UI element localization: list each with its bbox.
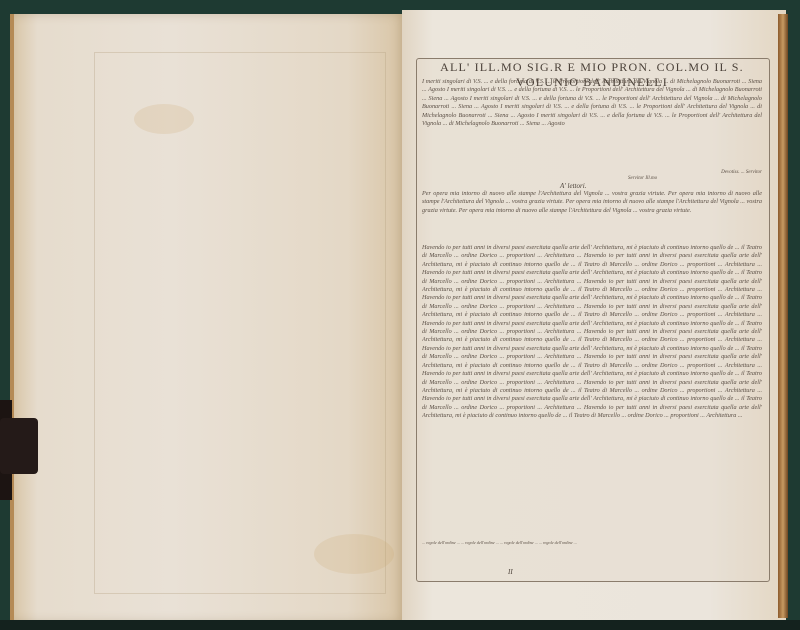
left-page-blank [10,14,406,622]
stain [134,104,194,134]
footnote-text: ... regole dell'ordine ... ... regole de… [422,540,762,570]
salutation: A' lettori. [560,182,586,190]
signature-right: Devotiss. ... Servitor [692,170,762,175]
folio-number: II [508,568,513,576]
table-surface [0,620,800,630]
page-edges [778,14,788,618]
plate-impression [94,52,386,594]
dedication-text: I meriti singolari di V.S. ... e della f… [422,78,762,174]
signature-small: Servitor Ill.mo [628,176,657,181]
book-clasp [0,418,38,474]
stain [314,534,394,574]
reader-address-text: Per opera mia intorno di nuovo alle stam… [422,190,762,236]
main-text: Havendo io per tutti anni in diversi pae… [422,244,762,536]
